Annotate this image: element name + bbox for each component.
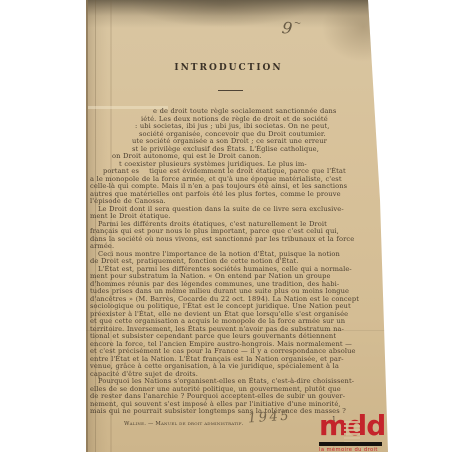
mdd-logo-tagline: la mémoire du droit: [319, 447, 383, 452]
body-text: e de droit toute règle socialement sanct…: [90, 108, 370, 416]
page-title: INTRODUCTION: [90, 63, 367, 73]
scan-top-shadow: [86, 0, 388, 30]
mdd-watermark-logo: mdd la mémoire du droit: [319, 419, 385, 452]
scanned-book-page: 9~ INTRODUCTION e de droit toute règle s…: [86, 0, 388, 452]
mdd-logo-bar: [319, 442, 382, 446]
handwritten-year: 1945: [248, 409, 292, 427]
handwritten-pencil-mark: 9~: [281, 17, 302, 39]
mdd-logo-stripe-overlay: [344, 419, 360, 442]
page-left-edge: [86, 0, 88, 452]
text-line: dans la société où nous vivons, est sanc…: [90, 236, 370, 244]
running-footer-signature: Waline. — Manuel de droit administratif.: [124, 421, 244, 427]
handwritten-digit: 9: [281, 18, 293, 38]
title-divider-rule: [218, 90, 243, 91]
handwritten-flourish: ~: [293, 18, 302, 29]
